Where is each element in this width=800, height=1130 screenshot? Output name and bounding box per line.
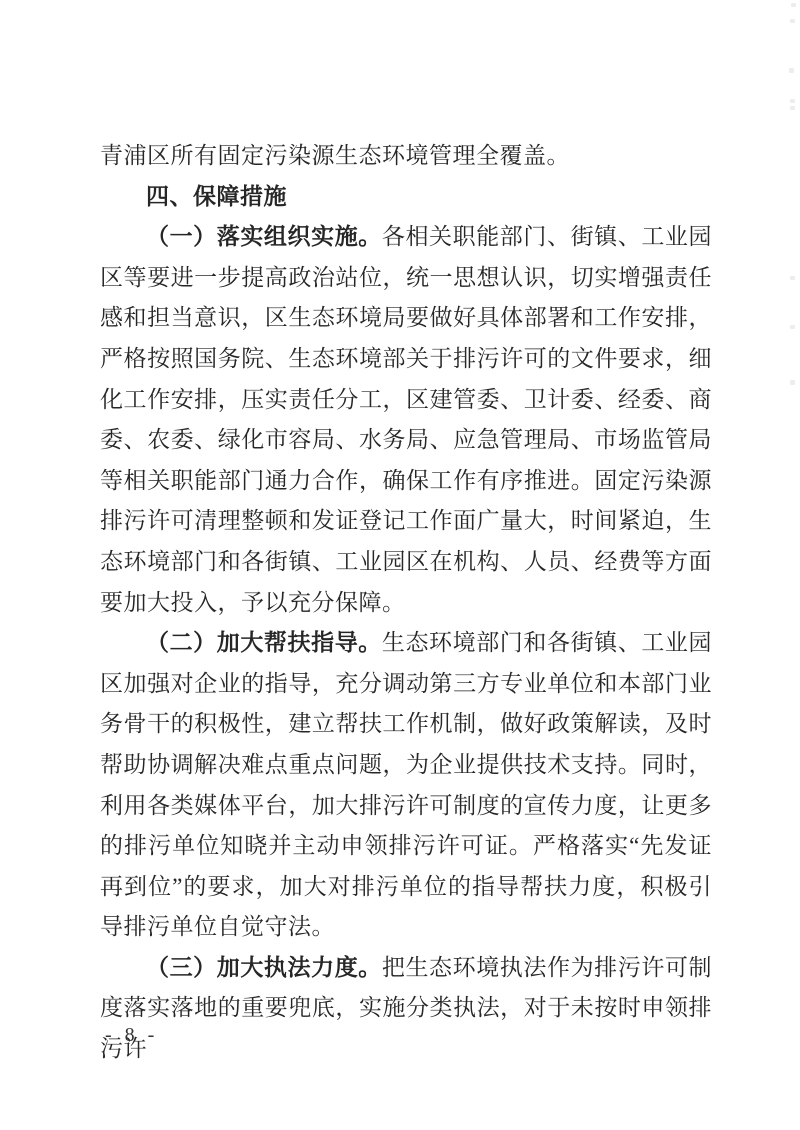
paragraph: （一）落实组织实施。各相关职能部门、街镇、工业园区等要进一步提高政治站位，统一思… [100, 217, 712, 623]
scan-artifact [790, 19, 795, 23]
paragraph: （三）加大执法力度。把生态环境执法作为排污许可制度落实落地的重要兜底，实施分类执… [100, 948, 712, 1070]
scan-artifact [791, 3, 796, 7]
scan-artifact [790, 99, 795, 103]
scan-artifact [790, 106, 795, 110]
section-heading: 四、保障措施 [100, 177, 712, 218]
paragraph-text: 生态环境部门和各街镇、工业园区加强对企业的指导，充分调动第三方专业单位和本部门业… [100, 630, 712, 939]
document-body: 青浦区所有固定污染源生态环境管理全覆盖。 四、保障措施 （一）落实组织实施。各相… [100, 136, 712, 1070]
scan-artifact [790, 380, 795, 385]
document-page: 青浦区所有固定污染源生态环境管理全覆盖。 四、保障措施 （一）落实组织实施。各相… [0, 0, 800, 1130]
paragraph: （二）加大帮扶指导。生态环境部门和各街镇、工业园区加强对企业的指导，充分调动第三… [100, 623, 712, 948]
scan-artifact [790, 325, 795, 329]
paragraph-continuation: 青浦区所有固定污染源生态环境管理全覆盖。 [100, 136, 712, 177]
scan-artifact [789, 68, 794, 73]
paragraph-label: （三）加大执法力度。 [146, 955, 382, 980]
page-number: - 8 - [105, 1024, 158, 1047]
paragraph-text: 各相关职能部门、街镇、工业园区等要进一步提高政治站位，统一思想认识，切实增强责任… [100, 224, 712, 614]
paragraph-label: （一）落实组织实施。 [146, 224, 382, 249]
scan-artifact [790, 276, 795, 280]
paragraph-label: （二）加大帮扶指导。 [146, 630, 382, 655]
